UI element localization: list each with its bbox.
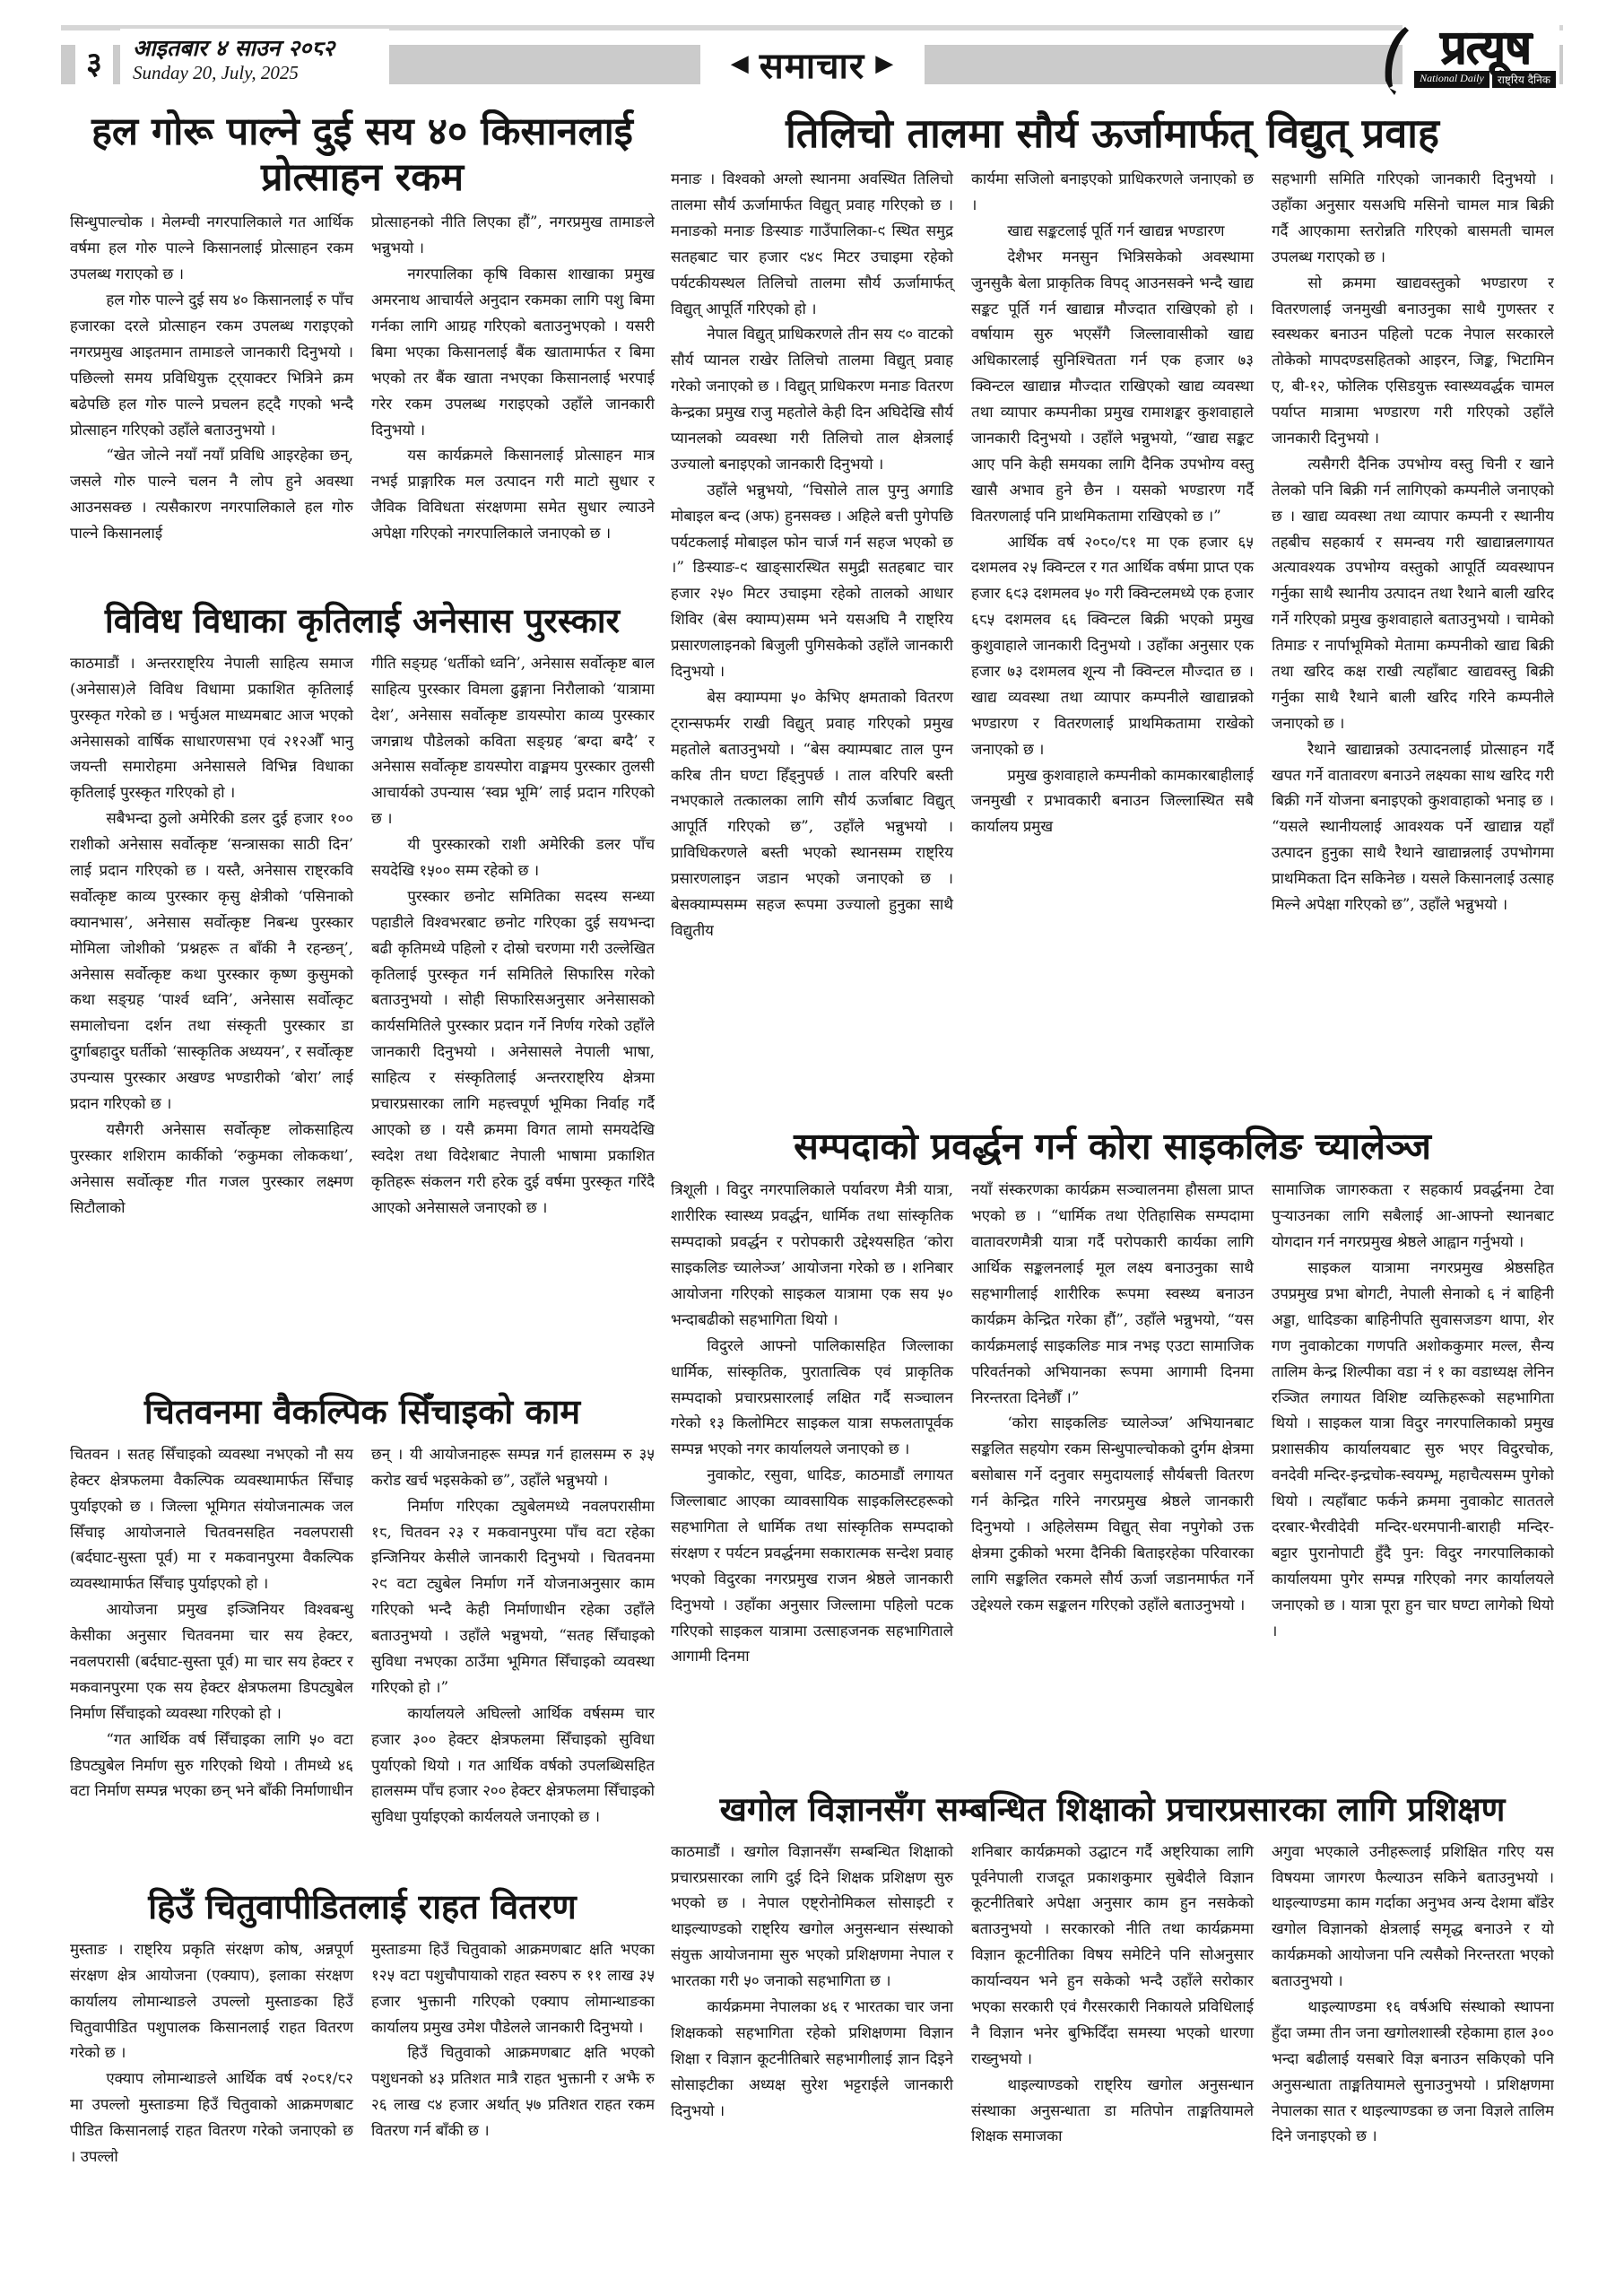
- paragraph: आर्थिक वर्ष २०८०/८१ मा एक हजार ६५ दशमलव …: [971, 529, 1254, 762]
- date-nepali: आइतबार ४ साउन २०८२: [133, 34, 377, 62]
- article-astronomy-teacher-training: खगोल विज्ञानसँग सम्बन्धित शिक्षाको प्रचा…: [671, 1790, 1554, 2282]
- paragraph: ‘कोरा साइकलिङ च्यालेञ्ज’ अभियानबाट सङ्कल…: [971, 1410, 1254, 1617]
- article-headline: चितवनमा वैकल्पिक सिँचाइको काम: [70, 1392, 655, 1432]
- masthead-logo: प्रत्यूष National Daily राष्ट्रिय दैनिक: [1403, 23, 1559, 99]
- newspaper-page: ३ आइतबार ४ साउन २०८२ Sunday 20, July, 20…: [0, 0, 1624, 2296]
- paragraph: त्यसैगरी दैनिक उपभोग्य वस्तु चिनी र खाने…: [1272, 451, 1554, 736]
- article-headline: सम्पदाको प्रवर्द्धन गर्न कोरा साइकलिङ च्…: [671, 1125, 1554, 1168]
- paragraph: साइकल यात्रामा नगरप्रमुख श्रेष्ठसहित उपप…: [1272, 1255, 1554, 1643]
- logo-title: प्रत्यूष: [1440, 25, 1531, 69]
- article-column: छन् । यी आयोजनाहरू सम्पन्न गर्न हालसम्म …: [371, 1441, 655, 1830]
- paragraph: सहभागी समिति गरिएको जानकारी दिनुभयो । उह…: [1272, 166, 1554, 270]
- date-box: आइतबार ४ साउन २०८२ Sunday 20, July, 2025: [120, 29, 389, 93]
- article-column: गीति सङ्ग्रह ‘धर्तीको ध्वनि’, अनेसास सर्…: [371, 650, 655, 1221]
- paragraph: कार्यालयले अघिल्लो आर्थिक वर्षसम्म चार ह…: [371, 1700, 655, 1830]
- paragraph: उहाँले भन्नुभयो, “चिसोले ताल पुग्नु अगाड…: [671, 477, 953, 684]
- left-column-group: हल गोरू पाल्ने दुई सय ४० किसानलाई प्रोत्…: [70, 109, 655, 2282]
- paragraph: प्रमुख कुशवाहाले कम्पनीको कामकारबाहीलाई …: [971, 762, 1254, 840]
- article-column: नयाँ संस्करणका कार्यक्रम सञ्चालनमा हौसला…: [971, 1177, 1254, 1669]
- paragraph: मनाङ । विश्वको अग्लो स्थानमा अवस्थित तिल…: [671, 166, 953, 321]
- paragraph: सो क्रममा खाद्यवस्तुको भण्डारण र वितरणला…: [1272, 270, 1554, 451]
- paragraph: हिउँ चितुवाको आक्रमणबाट क्षति भएको पशुधन…: [371, 2039, 655, 2144]
- article-column: सिन्धुपाल्चोक । मेलम्ची नगरपालिकाले गत आ…: [70, 209, 353, 546]
- logo-subtitle-nepali: राष्ट्रिय दैनिक: [1492, 71, 1556, 88]
- paragraph: सिन्धुपाल्चोक । मेलम्ची नगरपालिकाले गत आ…: [70, 209, 353, 287]
- paragraph: कार्यक्रममा नेपालका ४६ र भारतका चार जना …: [671, 1994, 953, 2123]
- paragraph: एक्याप लोमान्थाङले आर्थिक वर्ष २०८१/८२ म…: [70, 2066, 353, 2170]
- article-column: त्रिशूली । विदुर नगरपालिकाले पर्यावरण मै…: [671, 1177, 953, 1669]
- article-column: सहभागी समिति गरिएको जानकारी दिनुभयो । उह…: [1272, 166, 1554, 944]
- paragraph: “गत आर्थिक वर्ष सिँचाइका लागि ५० वटा डिप…: [70, 1726, 353, 1805]
- left-arrow-icon: ◀: [731, 52, 749, 75]
- article-headline: तिलिचो तालमा सौर्य ऊर्जामार्फत् विद्युत्…: [671, 109, 1554, 157]
- article-headline: हल गोरू पाल्ने दुई सय ४० किसानलाई प्रोत्…: [70, 109, 655, 200]
- paragraph: यसैगरी अनेसास सर्वोत्कृष्ट लोकसाहित्य पु…: [70, 1117, 353, 1221]
- paragraph: प्रोत्साहनको नीति लिएका हौं”, नगरप्रमुख …: [371, 209, 655, 261]
- paragraph: कार्यमा सजिलो बनाइएको प्राधिकरणले जनाएको…: [971, 166, 1254, 218]
- paragraph: अगुवा भएकाले उनीहरूलाई प्रशिक्षित गरिए य…: [1272, 1839, 1554, 1994]
- section-title-box: ◀ समाचार ▶: [700, 34, 925, 93]
- paragraph: त्रिशूली । विदुर नगरपालिकाले पर्यावरण मै…: [671, 1177, 953, 1332]
- article-column: प्रोत्साहनको नीति लिएका हौं”, नगरप्रमुख …: [371, 209, 655, 546]
- paragraph: विदुरले आफ्नो पालिकासहित जिल्लाका धार्मि…: [671, 1333, 953, 1462]
- article-column: मनाङ । विश्वको अग्लो स्थानमा अवस्थित तिल…: [671, 166, 953, 944]
- article-column: मुस्ताङमा हिउँ चितुवाको आक्रमणबाट क्षति …: [371, 1936, 655, 2170]
- article-kora-cycling-challenge: सम्पदाको प्रवर्द्धन गर्न कोरा साइकलिङ च्…: [671, 1125, 1554, 1790]
- article-column: सामाजिक जागरुकता र सहकार्य प्रवर्द्धनमा …: [1272, 1177, 1554, 1669]
- paragraph: आयोजना प्रमुख इञ्जिनियर विश्वबन्धु केसीक…: [70, 1596, 353, 1726]
- paragraph: काठमाडौं । खगोल विज्ञानसँग सम्बन्धित शिक…: [671, 1839, 953, 1994]
- paragraph: खाद्य सङ्कटलाई पूर्ति गर्न खाद्यन्न भण्ड…: [971, 218, 1254, 244]
- quill-feather-icon: [1382, 25, 1412, 100]
- article-column: कार्यमा सजिलो बनाइएको प्राधिकरणले जनाएको…: [971, 166, 1254, 944]
- paragraph: थाइल्याण्डको राष्ट्रिय खगोल अनुसन्धान सं…: [971, 2072, 1254, 2150]
- paragraph: निर्माण गरिएका ट्युबेलमध्ये नवलपरासीमा १…: [371, 1493, 655, 1700]
- article-headline: विविध विधाका कृतिलाई अनेसास पुरस्कार: [70, 601, 655, 641]
- paragraph: मुस्ताङ । राष्ट्रिय प्रकृति संरक्षण कोष,…: [70, 1936, 353, 2066]
- paragraph: बेस क्याम्पमा ५० केभिए क्षमताको वितरण ट्…: [671, 684, 953, 944]
- paragraph: सबैभन्दा ठुलो अमेरिकी डलर दुई हजार १०० र…: [70, 805, 353, 1117]
- paragraph: नयाँ संस्करणका कार्यक्रम सञ्चालनमा हौसला…: [971, 1177, 1254, 1410]
- article-headline: हिउँ चितुवापीडितलाई राहत वितरण: [70, 1887, 655, 1927]
- page-number-box: ३: [75, 36, 113, 88]
- article-column: काठमाडौं । अन्तरराष्ट्रिय नेपाली साहित्य…: [70, 650, 353, 1221]
- logo-subtitle-english: National Daily: [1414, 71, 1489, 88]
- paragraph: चितवन । सतह सिँचाइको व्यवस्था नभएको नौ स…: [70, 1441, 353, 1596]
- paragraph: नगरपालिका कृषि विकास शाखाका प्रमुख अमरना…: [371, 261, 655, 442]
- date-english: Sunday 20, July, 2025: [133, 62, 377, 84]
- article-tilicho-solar-power: तिलिचो तालमा सौर्य ऊर्जामार्फत् विद्युत्…: [671, 109, 1554, 1125]
- article-column: मुस्ताङ । राष्ट्रिय प्रकृति संरक्षण कोष,…: [70, 1936, 353, 2170]
- article-column: अगुवा भएकाले उनीहरूलाई प्रशिक्षित गरिए य…: [1272, 1839, 1554, 2150]
- article-headline: खगोल विज्ञानसँग सम्बन्धित शिक्षाको प्रचा…: [671, 1790, 1554, 1830]
- paragraph: नुवाकोट, रसुवा, धादिङ, काठमाडौं लगायत जि…: [671, 1462, 953, 1669]
- page-number: ३: [86, 41, 102, 83]
- article-chitwan-irrigation: चितवनमा वैकल्पिक सिँचाइको काम चितवन । सत…: [70, 1392, 655, 1887]
- page-content: हल गोरू पाल्ने दुई सय ४० किसानलाई प्रोत्…: [70, 109, 1554, 2282]
- article-column: काठमाडौं । खगोल विज्ञानसँग सम्बन्धित शिक…: [671, 1839, 953, 2150]
- paragraph: देशैभर मनसुन भित्रिसकेको अवस्थामा जुनसुक…: [971, 244, 1254, 529]
- article-column: चितवन । सतह सिँचाइको व्यवस्था नभएको नौ स…: [70, 1441, 353, 1830]
- article-anesas-awards: विविध विधाका कृतिलाई अनेसास पुरस्कार काठ…: [70, 601, 655, 1392]
- section-title: समाचार: [760, 39, 864, 89]
- paragraph: यी पुरस्कारको राशी अमेरिकी डलर पाँच सयदे…: [371, 831, 655, 883]
- article-snow-leopard-relief: हिउँ चितुवापीडितलाई राहत वितरण मुस्ताङ ।…: [70, 1887, 655, 2282]
- paragraph: काठमाडौं । अन्तरराष्ट्रिय नेपाली साहित्य…: [70, 650, 353, 805]
- paragraph: पुरस्कार छनोट समितिका सदस्य सन्ध्या पहाड…: [371, 883, 655, 1221]
- paragraph: यस कार्यक्रमले किसानलाई प्रोत्साहन मात्र…: [371, 442, 655, 546]
- paragraph: सामाजिक जागरुकता र सहकार्य प्रवर्द्धनमा …: [1272, 1177, 1554, 1255]
- paragraph: नेपाल विद्युत् प्राधिकरणले तीन सय ९० वाट…: [671, 321, 953, 476]
- paragraph: मुस्ताङमा हिउँ चितुवाको आक्रमणबाट क्षति …: [371, 1936, 655, 2040]
- article-plough-oxen-incentive: हल गोरू पाल्ने दुई सय ४० किसानलाई प्रोत्…: [70, 109, 655, 601]
- paragraph: गीति सङ्ग्रह ‘धर्तीको ध्वनि’, अनेसास सर्…: [371, 650, 655, 831]
- paragraph: छन् । यी आयोजनाहरू सम्पन्न गर्न हालसम्म …: [371, 1441, 655, 1493]
- paragraph: हल गोरु पाल्ने दुई सय ४० किसानलाई रु पाँ…: [70, 287, 353, 442]
- right-arrow-icon: ▶: [875, 52, 893, 75]
- paragraph: रैथाने खाद्यान्नको उत्पादनलाई प्रोत्साहन…: [1272, 736, 1554, 918]
- article-column: शनिबार कार्यक्रमको उद्घाटन गर्दै अष्ट्रि…: [971, 1839, 1254, 2150]
- right-column-group: तिलिचो तालमा सौर्य ऊर्जामार्फत् विद्युत्…: [671, 109, 1554, 2282]
- paragraph: “खेत जोत्ने नयाँ नयाँ प्रविधि आइरहेका छन…: [70, 442, 353, 546]
- paragraph: थाइल्याण्डमा १६ वर्षअघि संस्थाको स्थापना…: [1272, 1994, 1554, 2149]
- paragraph: शनिबार कार्यक्रमको उद्घाटन गर्दै अष्ट्रि…: [971, 1839, 1254, 2072]
